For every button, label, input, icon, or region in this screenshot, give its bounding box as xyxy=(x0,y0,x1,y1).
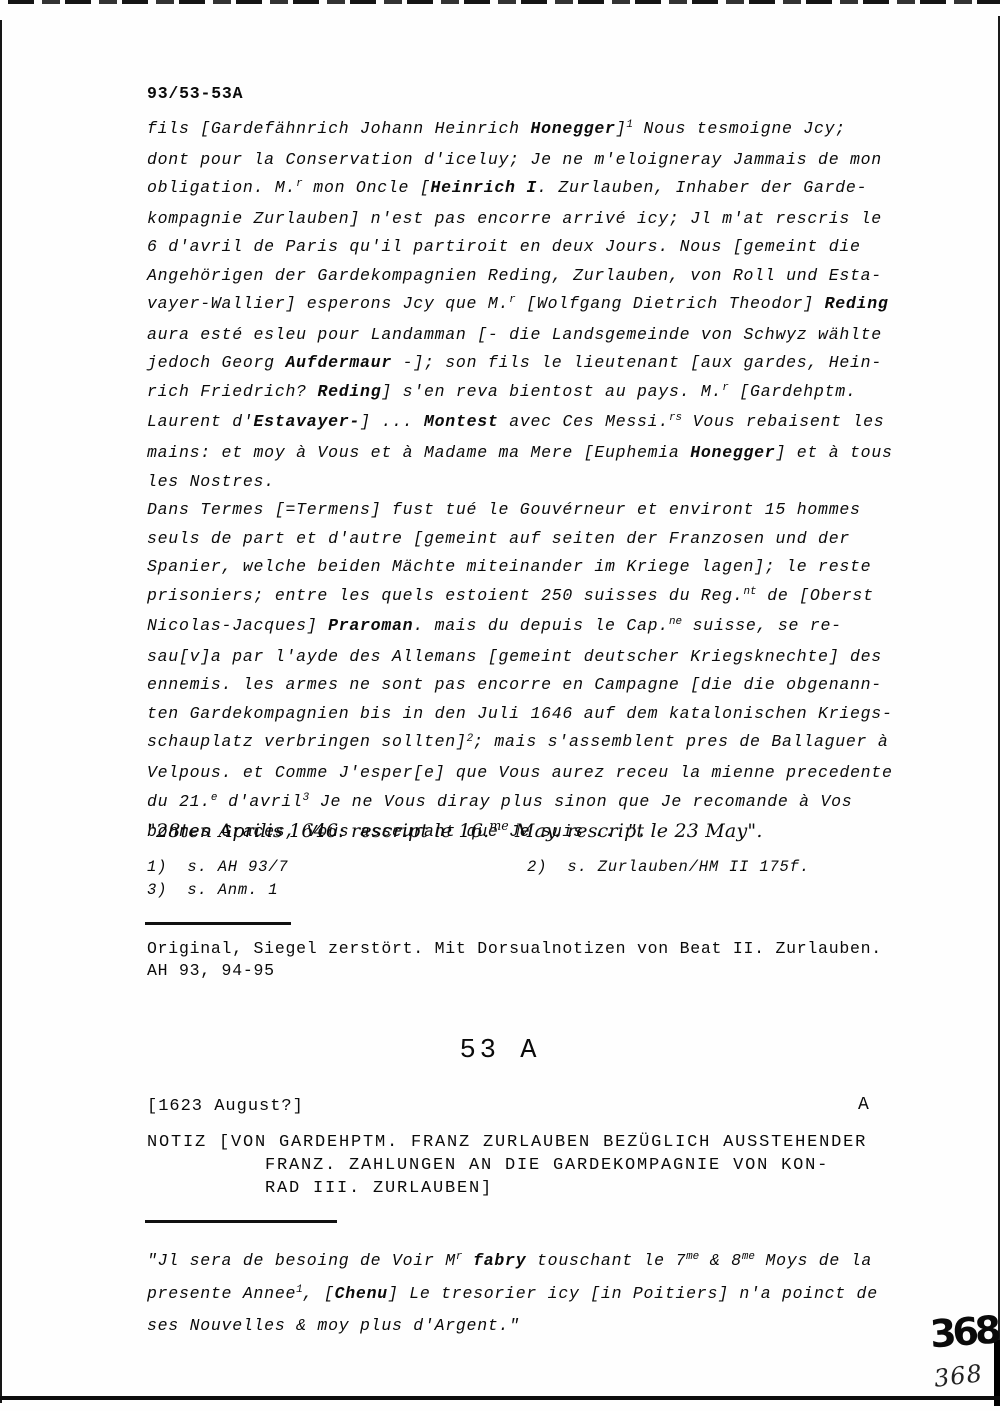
text-line: Velpous. et Comme J'esper[e] que Vous au… xyxy=(147,759,947,788)
section-date: [1623 August?] xyxy=(147,1097,304,1116)
notiz-title: NOTIZ [VON GARDEHPTM. FRANZ ZURLAUBEN BE… xyxy=(147,1131,867,1201)
text-line: RAD III. ZURLAUBEN] xyxy=(265,1177,867,1200)
text-line: Nicolas-Jacques] Praroman. mais du depui… xyxy=(147,612,947,643)
text-line: kompagnie Zurlauben] n'est pas encorre a… xyxy=(147,205,947,234)
scanned-document-page: 93/53-53A fils [Gardefähnrich Johann Hei… xyxy=(0,0,1000,1411)
text-line: fils [Gardefähnrich Johann Heinrich Hone… xyxy=(147,115,947,146)
handwritten-annotation: "28ten Aprilis 1646: rescript le 16.me M… xyxy=(147,820,763,842)
text-line: mains: et moy à Vous et à Madame ma Mere… xyxy=(147,439,947,468)
section-heading: 53 A xyxy=(0,1036,1000,1066)
text-line: Laurent d'Estavayer-] ... Montest avec C… xyxy=(147,408,947,439)
page-number-pencil: 368 xyxy=(932,1359,984,1393)
text-line: Spanier, welche beiden Mächte miteinande… xyxy=(147,553,947,582)
corner-marker-a: A xyxy=(858,1095,869,1115)
archive-number: 93/53-53A xyxy=(147,84,243,103)
text-line: jedoch Georg Aufdermaur -]; son fils le … xyxy=(147,349,947,378)
text-line: ennemis. les armes ne sont pas encorre e… xyxy=(147,671,947,700)
text-line: rich Friedrich? Reding] s'en reva biento… xyxy=(147,378,947,409)
text-line: FRANZ. ZAHLUNGEN AN DIE GARDEKOMPAGNIE V… xyxy=(265,1154,867,1177)
text-line: prisoniers; entre les quels estoient 250… xyxy=(147,582,947,613)
text-line: ten Gardekompagnien bis in den Juli 1646… xyxy=(147,700,947,729)
page-number-stamp: 368 xyxy=(929,1308,999,1357)
text-line: obligation. M.r mon Oncle [Heinrich I. Z… xyxy=(147,174,947,205)
text-line: du 21.e d'avril3 Je ne Vous diray plus s… xyxy=(147,788,947,819)
text-line: "28ten Aprilis 1646: rescript le 16.me M… xyxy=(147,820,763,842)
text-line: 3) s. Anm. 1 xyxy=(147,879,288,902)
horizontal-rule-lower xyxy=(145,1220,337,1223)
footnotes-column-right: 2) s. Zurlauben/HM II 175f. xyxy=(527,856,810,879)
left-edge-line xyxy=(0,20,2,1403)
text-line: vayer-Wallier] esperons Jcy que M.r [Wol… xyxy=(147,290,947,321)
bottom-edge-line xyxy=(0,1396,1000,1400)
text-line: "Jl sera de besoing de Voir Mr fabry tou… xyxy=(147,1246,878,1279)
text-line: NOTIZ [VON GARDEHPTM. FRANZ ZURLAUBEN BE… xyxy=(147,1131,867,1154)
top-edge-dashed-line xyxy=(8,0,1000,4)
text-line: 1) s. AH 93/7 xyxy=(147,856,288,879)
transcription-body: fils [Gardefähnrich Johann Heinrich Hone… xyxy=(147,115,947,847)
text-line: dont pour la Conservation d'iceluy; Je n… xyxy=(147,146,947,175)
text-line: ses Nouvelles & moy plus d'Argent." xyxy=(147,1311,878,1341)
text-line: Angehörigen der Gardekompagnien Reding, … xyxy=(147,262,947,291)
footnotes-column-left: 1) s. AH 93/73) s. Anm. 1 xyxy=(147,856,288,902)
text-line: presente Annee1, [Chenu] Le tresorier ic… xyxy=(147,1279,878,1312)
text-line: sau[v]a par l'ayde des Allemans [gemeint… xyxy=(147,643,947,672)
text-line: seuls de part et d'autre [gemeint auf se… xyxy=(147,525,947,554)
text-line: 2) s. Zurlauben/HM II 175f. xyxy=(527,856,810,879)
text-line: Dans Termes [=Termens] fust tué le Gouvé… xyxy=(147,496,947,525)
text-line: les Nostres. xyxy=(147,468,947,497)
text-line: AH 93, 94-95 xyxy=(147,960,882,982)
text-line: schauplatz verbringen sollten]2; mais s'… xyxy=(147,728,947,759)
provenance-note: Original, Siegel zerstört. Mit Dorsualno… xyxy=(147,938,882,981)
text-line: 6 d'avril de Paris qu'il partiroit en de… xyxy=(147,233,947,262)
quote-transcription: "Jl sera de besoing de Voir Mr fabry tou… xyxy=(147,1246,878,1341)
horizontal-rule-upper xyxy=(145,922,291,925)
text-line: aura esté esleu pour Landamman [- die La… xyxy=(147,321,947,350)
text-line: Original, Siegel zerstört. Mit Dorsualno… xyxy=(147,938,882,960)
